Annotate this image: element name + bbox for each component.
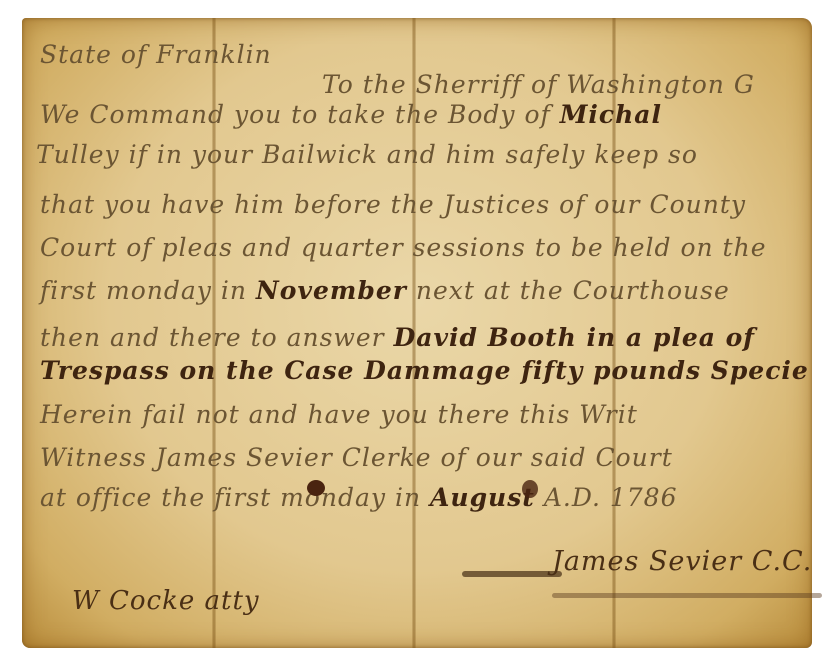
signature-underline [552,593,822,598]
clerk-signature: James Sevier C.C. [552,546,812,577]
text-line-7: then and there to answer David Booth in … [40,323,755,352]
defendant-first-name: Michal [560,100,662,129]
text-segment: next at the Courthouse [416,276,730,305]
document-paper: State of Franklin To the Sherriff of Was… [22,18,812,648]
text-segment: then and there to answer [40,323,385,352]
signature-flourish [462,571,562,577]
text-line-2: We Command you to take the Body of Micha… [40,100,662,129]
text-line-3: Tulley if in your Bailwick and him safel… [36,140,698,169]
ink-blot [307,480,325,496]
text-line-9: Herein fail not and have you there this … [40,400,638,429]
text-line-6: first monday in November next at the Cou… [40,276,730,305]
month-august: August [430,483,535,512]
text-segment: first monday in [40,276,247,305]
text-line-11: at office the first monday in August A.D… [40,483,677,512]
plaintiff-name: David Booth in a plea of [394,323,756,352]
attorney-endorsement: W Cocke atty [72,586,260,616]
heading-state: State of Franklin [40,40,272,69]
text-line-5: Court of pleas and quarter sessions to b… [40,233,767,262]
addressee: To the Sherriff of Washington G [322,70,755,99]
month-november: November [256,276,407,305]
date-year: A.D. 1786 [544,483,678,512]
ink-blot [522,480,538,498]
text-line-4: that you have him before the Justices of… [40,190,746,219]
text-line-10: Witness James Sevier Clerke of our said … [40,443,673,472]
text-line-8: Trespass on the Case Dammage fifty pound… [40,356,809,385]
text-segment: at office the first monday in [40,483,421,512]
command-text: We Command you to take the Body of [40,100,551,129]
